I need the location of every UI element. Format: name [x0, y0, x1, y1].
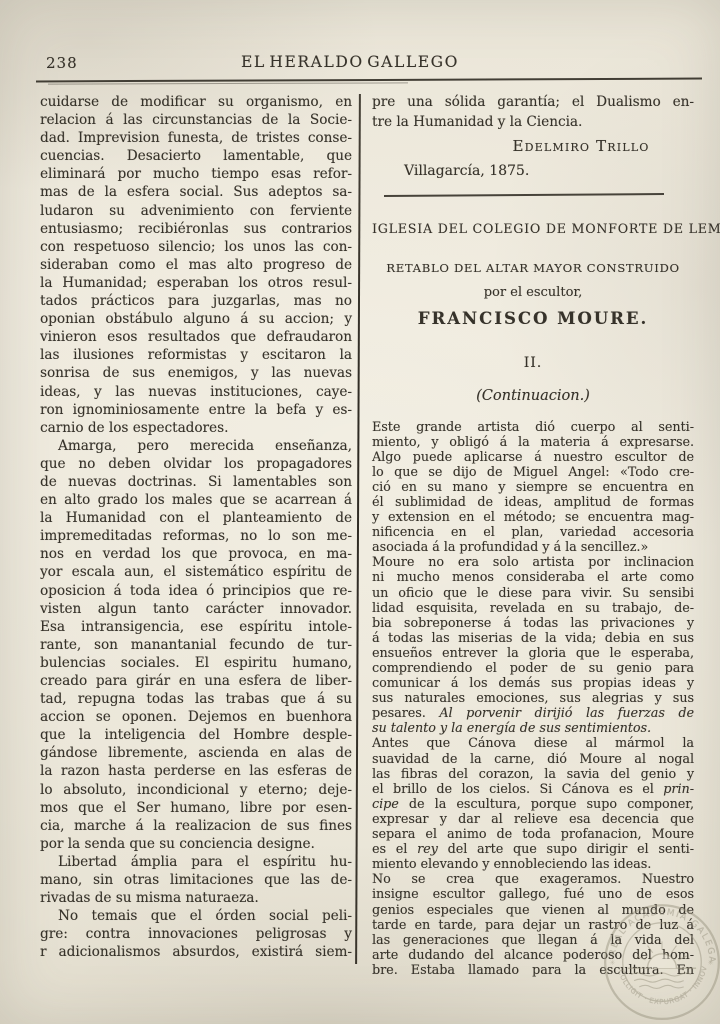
text-line: cuidarse de modificar su organismo, en [40, 93, 352, 111]
text-line: entusiasmo; recibiéronlas sus contrarios [40, 220, 352, 238]
text-line: sideraban como el mas alto progreso de [40, 256, 352, 274]
newspaper-page: 238 EL HERALDO GALLEGO cuidarse de modif… [0, 0, 720, 1024]
article-body: Este grande artista dió cuerpo al senti-… [372, 419, 694, 977]
text-line: Libertad ámplia para el espíritu hu- [40, 853, 352, 871]
text-line: es el rey del arte que supo dirigir el s… [372, 841, 694, 856]
text-line: tad, repugna todas las trabas que á su [40, 690, 352, 708]
left-column: cuidarse de modificar su organismo, enre… [40, 93, 352, 962]
text-line: en alto grado los males que se acarrean … [40, 491, 352, 509]
text-line: las generaciones que llegan á la vida de… [372, 932, 694, 947]
text-line: ció en su mano y siempre se encuentra en [372, 479, 694, 494]
masthead-title: EL HERALDO GALLEGO [0, 53, 700, 71]
text-line: tre la Humanidad y la Ciencia. [372, 113, 694, 133]
text-line: impremeditadas reformas, no lo son me- [40, 527, 352, 545]
text-line: la Humanidad; esperaban los otros resul- [40, 274, 352, 292]
text-line: suavidad de la carne, dió Moure al nogal [372, 751, 694, 766]
text-line: Algo puede aplicarse á nuestro escultor … [372, 449, 694, 464]
seal-right-ornament: ✳ [707, 958, 713, 967]
text-line: Moure no era solo artista por inclinacio… [372, 554, 694, 569]
text-line: que no deben olvidar los propagadores [40, 455, 352, 473]
text-line: lidad esquisita, revelada en su trabajo,… [372, 600, 694, 615]
text-line: pre una sólida garantía; el Dualismo en- [372, 93, 694, 113]
text-line: bre. Estaba llamado para la escultura. E… [372, 962, 694, 977]
text-line: de nuevas doctrinas. Si lamentables son [40, 473, 352, 491]
text-line: carnio de los espectadores. [40, 419, 352, 437]
text-line: lo que se dijo de Miguel Angel: «Todo cr… [372, 464, 694, 479]
article-author: FRANCISCO MOURE. [372, 309, 694, 328]
text-line: y extension en el método; se encuentra m… [372, 509, 694, 524]
text-line: cuencias. Desacierto lamentable, que [40, 147, 352, 165]
text-line: á todas las miserias de la vida; debia e… [372, 630, 694, 645]
text-line: asociada á la profundidad y á la sencill… [372, 539, 694, 554]
text-line: mano, sin otras limitaciones que las de- [40, 871, 352, 889]
text-line: la razon hasta perderse en las esferas d… [40, 762, 352, 780]
text-line: miento, y obligó á la materia á expresar… [372, 434, 694, 449]
text-line: gre: contra innovaciones peligrosas y [40, 925, 352, 943]
column-divider [355, 94, 360, 964]
text-line: insigne escultor gallego, fué uno de eso… [372, 886, 694, 901]
text-line: él sublimidad de ideas, amplitud de form… [372, 494, 694, 509]
text-line: visten algun tanto carácter innovador. [40, 600, 352, 618]
text-line: yor escala aun, el sistemático espíritu … [40, 563, 352, 581]
text-line: Amarga, pero merecida enseñanza, [40, 437, 352, 455]
text-line: ludaron su advenimiento con ferviente [40, 202, 352, 220]
text-line: que la inteligencia del Hombre desple- [40, 726, 352, 744]
text-line: por la senda que su conciencia designe. [40, 835, 352, 853]
text-line: bulencias sociales. El espiritu humano, [40, 654, 352, 672]
text-line: las fibras del corazon, la savia del gen… [372, 766, 694, 781]
text-line: genios especiales que vienen al mundo de [372, 902, 694, 917]
author-byline: Edelmiro Trillo [372, 137, 694, 155]
text-line: No temais que el órden social peli- [40, 907, 352, 925]
text-line: tados prácticos para juzgarlas, mas no [40, 292, 352, 310]
dateline: Villagarcía, 1875. [372, 163, 694, 179]
text-line: cipe de la escultura, porque supo compon… [372, 796, 694, 811]
section-numeral: II. [372, 355, 694, 371]
text-line: miento elevando y ennobleciendo las idea… [372, 856, 694, 871]
text-line: nificencia en el plan, variedad accesori… [372, 524, 694, 539]
text-line: No se crea que exageramos. Nuestro [372, 871, 694, 886]
text-line: accion se oponen. Dejemos en buenhora [40, 708, 352, 726]
text-line: oponian obstábulo alguno á su accion; y [40, 310, 352, 328]
article-subtitle: RETABLO DEL ALTAR MAYOR CONSTRUIDO [372, 261, 694, 275]
text-line: su talento y la energía de sus sentimien… [372, 720, 694, 735]
header-rule-secondary [48, 82, 408, 84]
text-line: sus naturales emociones, sus alegrias y … [372, 690, 694, 705]
text-line: mos que el Ser humano, libre por esen- [40, 799, 352, 817]
text-line: gándose libremente, ascienda en alas de [40, 744, 352, 762]
text-line: comprendiendo el poder de su genio para [372, 660, 694, 675]
text-line: ensueños entrever la gloria que le esper… [372, 645, 694, 660]
text-line: eliminará por mucho tiempo esas refor- [40, 165, 352, 183]
text-line: ron ignominiosamente entre la befa y es- [40, 401, 352, 419]
header-rule [36, 78, 702, 83]
text-line: ni mucho menos consideraba el arte como [372, 569, 694, 584]
text-line: la Humanidad con el planteamiento de [40, 509, 352, 527]
text-line: r adicionalismos absurdos, existirá siem… [40, 943, 352, 961]
text-line: rivadas de su misma naturaeza. [40, 889, 352, 907]
text-line: tarde en tarde, para dejar un rastro de … [372, 917, 694, 932]
text-line: Este grande artista dió cuerpo al senti- [372, 419, 694, 434]
text-line: Esa intransigencia, ese espíritu intole- [40, 618, 352, 636]
text-line: ideas, y las nuevas instituciones, caye- [40, 383, 352, 401]
text-line: un oficio que le diese para vivir. Su se… [372, 585, 694, 600]
article-title: IGLESIA DEL COLEGIO DE MONFORTE DE LEMOS… [372, 221, 694, 236]
text-line: expresar y dar al relieve esa decencia q… [372, 811, 694, 826]
text-line: vinieron esos resultados que defraudaron [40, 328, 352, 346]
text-line: creado para girár en una esfera de liber… [40, 672, 352, 690]
article-end-text: pre una sólida garantía; el Dualismo en-… [372, 93, 694, 132]
text-line: las ilusiones reformistas y escitaron la [40, 346, 352, 364]
right-column: pre una sólida garantía; el Dualismo en-… [372, 93, 694, 977]
text-line: sonrisa de sus enemigos, y las nuevas [40, 364, 352, 382]
text-line: comunicar á los demás sus propias ideas … [372, 675, 694, 690]
article-subtitle-2: por el escultor, [372, 285, 694, 300]
text-line: oposicion á toda idea ó principios que r… [40, 582, 352, 600]
text-line: arte dudando del alcance poderoso del ho… [372, 947, 694, 962]
text-line: rante, son manantanial fecundo de tur- [40, 636, 352, 654]
text-line: separa el animo de toda profanacion, Mou… [372, 826, 694, 841]
text-line: mas de la esfera social. Sus adeptos sa- [40, 183, 352, 201]
text-line: el brillo de los cielos. Si Cánova es el… [372, 781, 694, 796]
text-line: Antes que Cánova diese al mármol la [372, 735, 694, 750]
text-line: bia sobreponerse á todas las privaciones… [372, 615, 694, 630]
section-rule [384, 193, 664, 196]
continuation-note: (Continuacion.) [372, 388, 694, 404]
text-line: dad. Imprevision funesta, de tristes con… [40, 129, 352, 147]
text-line: pesares. Al porvenir dirijió las fuerzas… [372, 705, 694, 720]
text-line: relacion á las circunstancias de la Soci… [40, 111, 352, 129]
text-line: lo absoluto, incondicional y eterno; dej… [40, 781, 352, 799]
text-line: nos en verdad los que provoca, en ma- [40, 545, 352, 563]
text-line: cia, marche á la realizacion de sus fine… [40, 817, 352, 835]
text-line: con respetuoso silencio; los unos las co… [40, 238, 352, 256]
